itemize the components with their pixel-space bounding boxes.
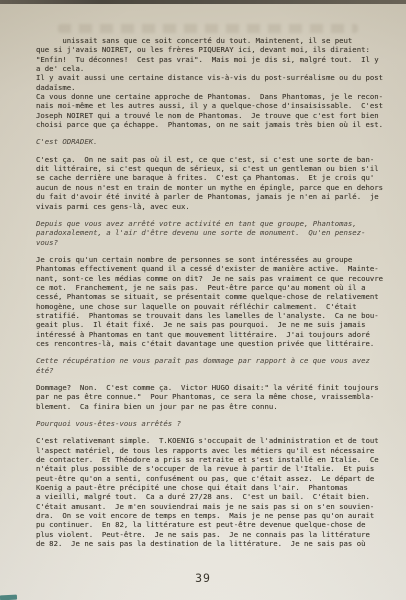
interviewer-question-arret: Pourquoi vous-êtes-vous arrêtés ? [36,419,388,428]
page-number: 39 [0,571,406,585]
scan-edge-artifact [0,0,406,4]
paragraph-answer-2: C'est ça. On ne sait pas où il est, ce q… [36,155,388,211]
paragraph-answer-1: unissait sans que ce soit concerté du to… [36,36,388,129]
scanned-page: unissait sans que ce soit concerté du to… [0,0,406,600]
paragraph-answer-3: Je crois qu'un certain nombre de personn… [36,255,388,348]
page-text-column: unissait sans que ce soit concerté du to… [36,36,388,557]
corner-scan-artifact [0,595,17,600]
interviewer-question-odradek: C'est ODRADEK. [36,137,388,146]
paragraph-answer-4: Dommage? Non. C'est comme ça. Victor HUG… [36,383,388,411]
interviewer-question-monument: Depuis que vous avez arrêté votre activi… [36,219,388,247]
paragraph-answer-5: C'est relativemant simple. T.KOENIG s'oc… [36,436,388,548]
ink-bleed-artifact [58,24,358,33]
interviewer-question-recuperation: Cette récupération ne vous paraît pas do… [36,356,388,375]
